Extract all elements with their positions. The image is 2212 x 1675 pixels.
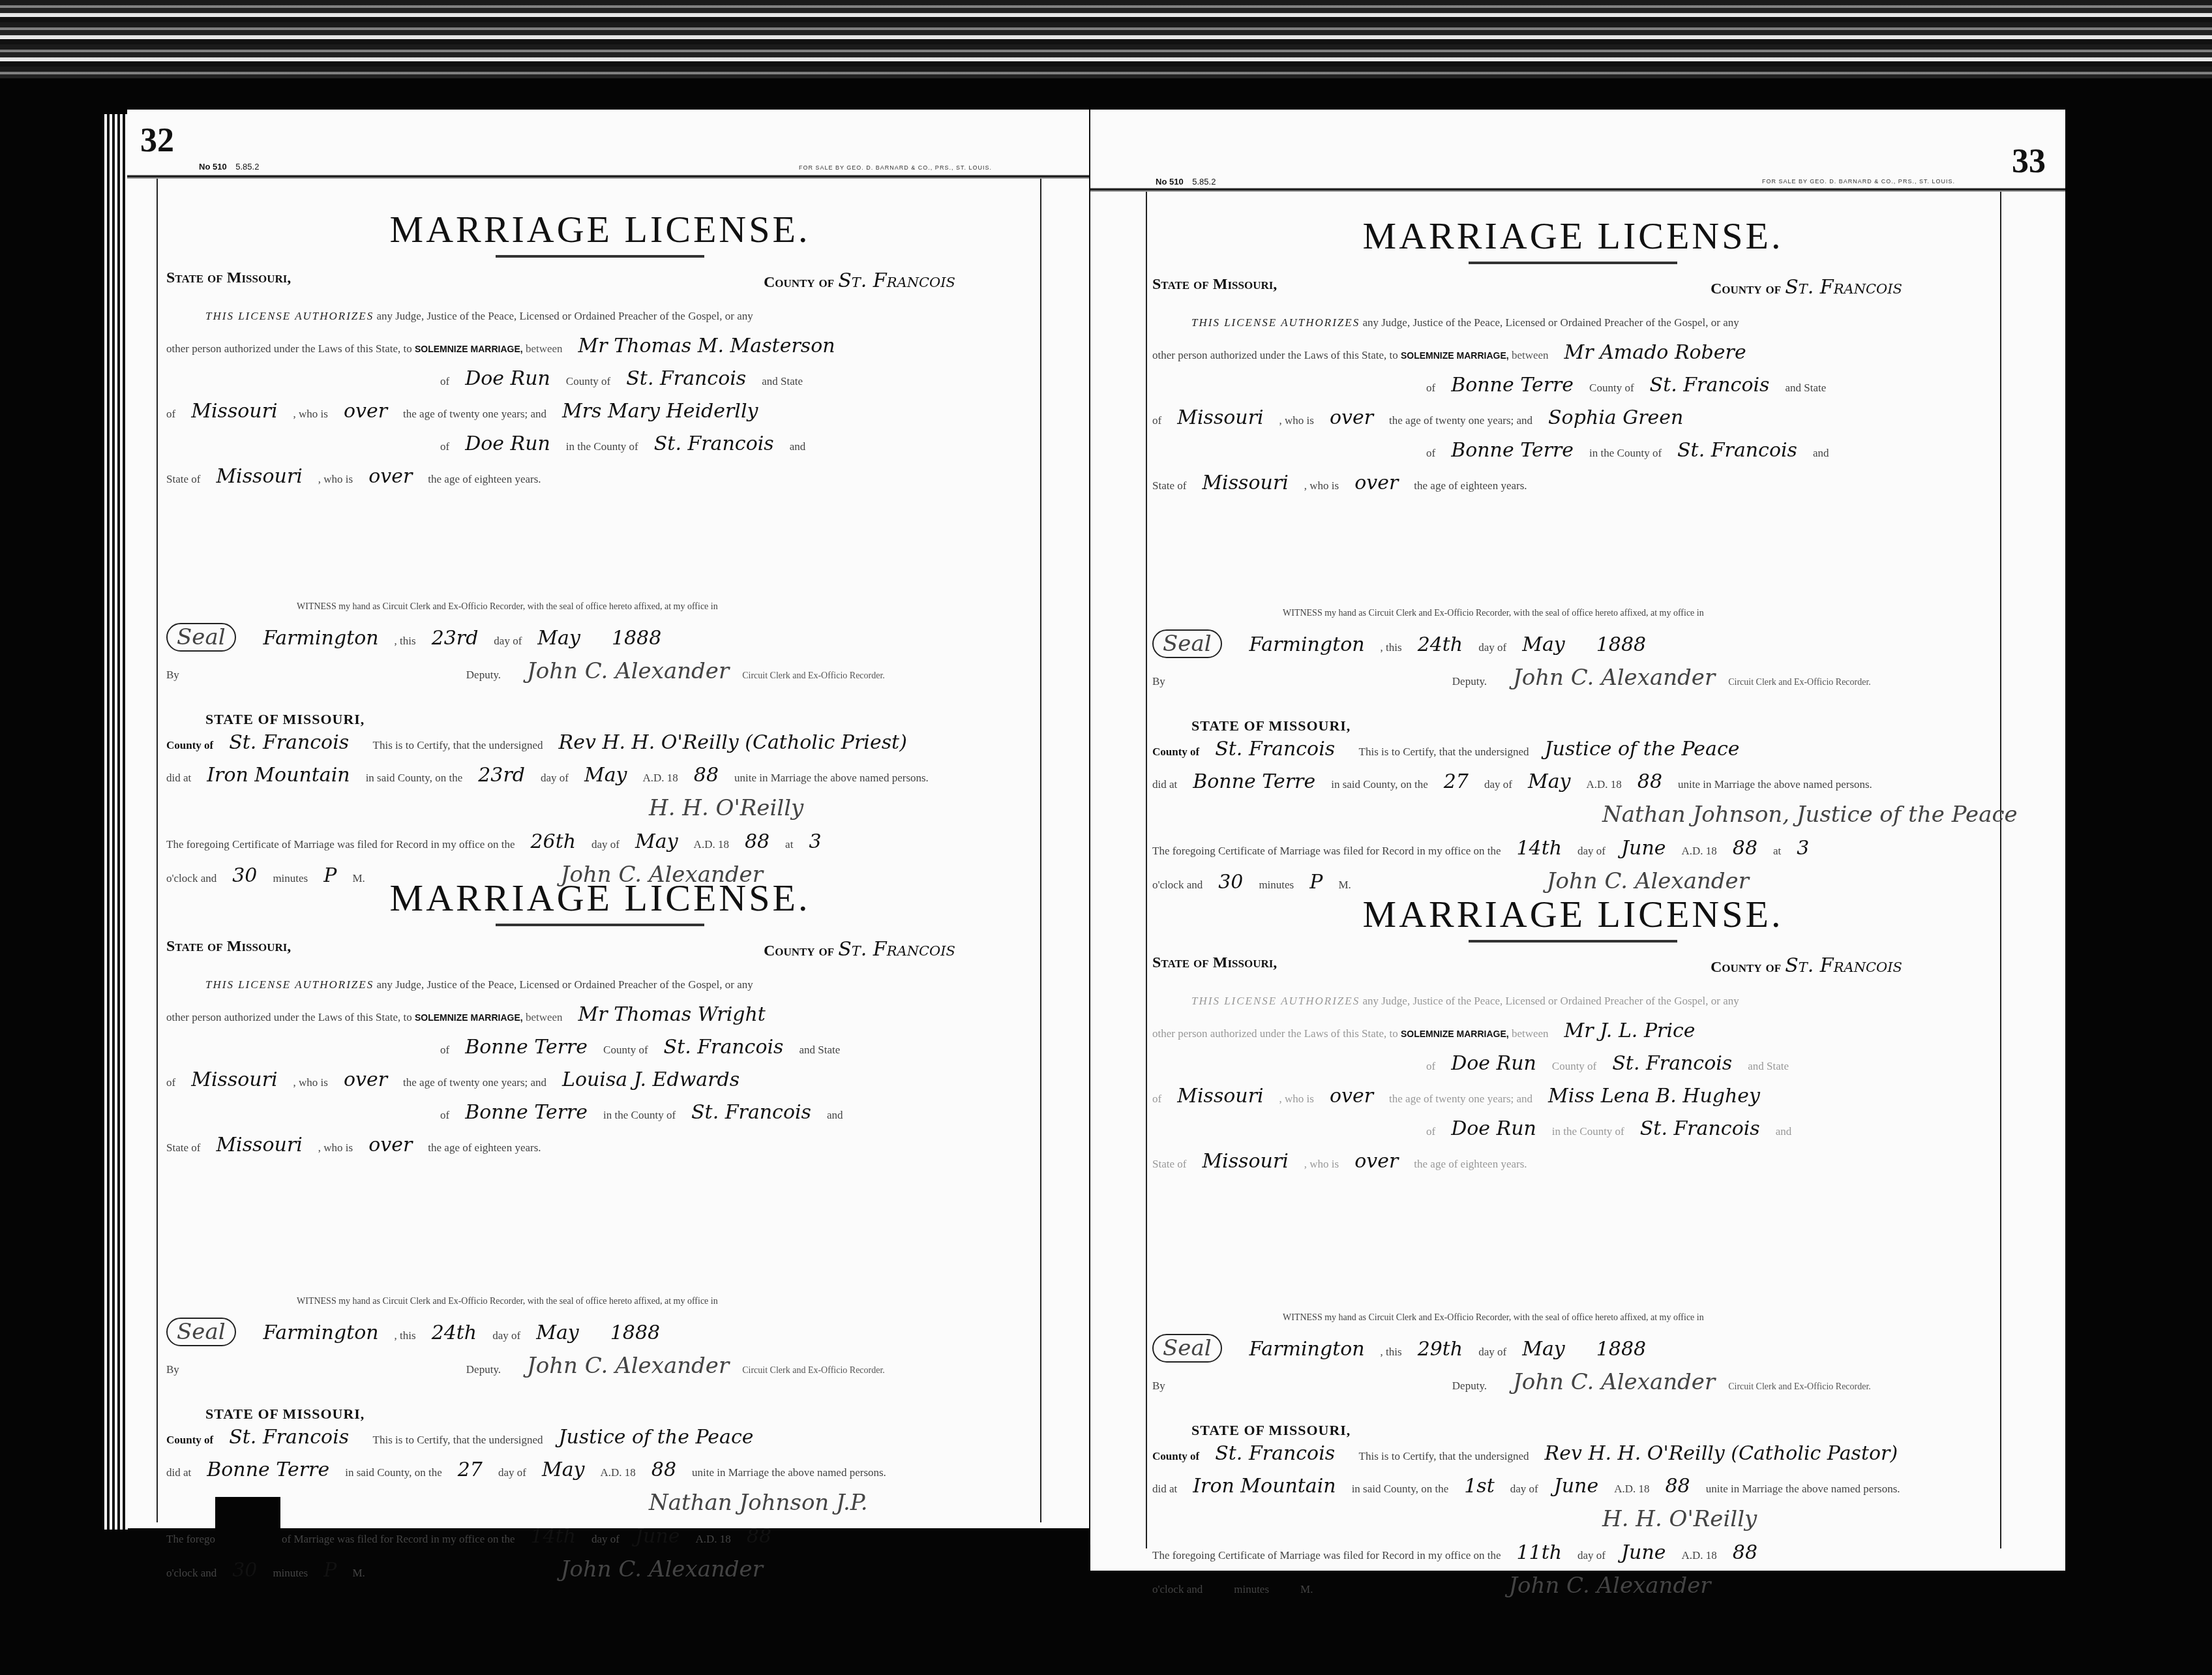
ceremony-day: 27	[1444, 770, 1469, 793]
groom-state: Missouri	[1177, 1085, 1263, 1108]
marriage-certificate: STATE OF MISSOURI, County ofSt. Francois…	[1152, 717, 1994, 900]
witness-year: 1888	[1596, 633, 1646, 656]
bride-county: St. Francois	[1640, 1117, 1760, 1140]
filed-meridian: P	[1309, 871, 1323, 894]
office-town: Farmington	[1249, 1338, 1365, 1361]
authorizes-text: any Judge, Justice of the Peace, License…	[1362, 995, 1739, 1007]
recorder-signature: John C. Alexander	[561, 1556, 763, 1582]
office-town: Farmington	[1249, 633, 1365, 656]
title-rule	[1469, 940, 1677, 943]
witness-month: May	[1522, 1338, 1565, 1361]
officiant-signature: Nathan Johnson, Justice of the Peace	[1602, 802, 2018, 828]
officiant: Rev H. H. O'Reilly (Catholic Priest)	[559, 731, 907, 754]
groom-residence: Doe Run	[465, 367, 550, 390]
marriage-certificate: STATE OF MISSOURI, County ofSt. Francois…	[1152, 1422, 1994, 1605]
witness-year: 1888	[610, 1321, 660, 1344]
filed-year: 88	[747, 1525, 771, 1548]
state-label: State of Missouri,	[166, 938, 291, 961]
bride-state: Missouri	[1202, 1150, 1288, 1173]
authorized-text: other person authorized under the Laws o…	[166, 1011, 412, 1023]
by-label: By	[1152, 1380, 1165, 1392]
county-label: County of	[1711, 280, 1781, 297]
witness-year: 1888	[612, 627, 661, 650]
bride-age: over	[368, 465, 412, 488]
ceremony-year: 88	[1666, 1475, 1690, 1498]
seal-mark: Seal	[166, 1318, 236, 1346]
bride-residence: Bonne Terre	[1451, 439, 1574, 462]
ceremony-month: May	[584, 764, 627, 787]
certificate-county: St. Francois	[229, 1426, 349, 1449]
between-label: between	[1512, 349, 1549, 361]
groom-name: Mr Thomas Wright	[578, 1003, 766, 1026]
ceremony-place: Iron Mountain	[207, 764, 350, 787]
form-number: No 510 5.85.2	[199, 162, 259, 172]
title-rule	[496, 255, 704, 258]
witness-day: 23rd	[432, 627, 479, 650]
age18-text: the age of eighteen years.	[1414, 1158, 1527, 1170]
age21-text: the age of twenty one years; and	[403, 408, 546, 420]
solemnize-label: SOLEMNIZE MARRIAGE,	[415, 344, 523, 354]
witness-text: WITNESS my hand as Circuit Clerk and Ex-…	[166, 592, 1034, 622]
clerk-title: Circuit Clerk and Ex-Officio Recorder.	[742, 671, 885, 681]
clerk-signature: John C. Alexander	[527, 658, 729, 684]
ceremony-month: May	[542, 1458, 585, 1481]
recorder-signature: John C. Alexander	[1508, 1573, 1711, 1599]
officiant-signature: H. H. O'Reilly	[649, 795, 803, 821]
between-label: between	[526, 342, 563, 355]
county-value: St. Francois	[1785, 954, 1902, 977]
officiant: Rev H. H. O'Reilly (Catholic Pastor)	[1545, 1442, 1898, 1465]
groom-age: over	[344, 1068, 387, 1091]
authorizes-lead: THIS LICENSE AUTHORIZES	[205, 978, 374, 991]
certificate-county: St. Francois	[1215, 738, 1335, 761]
filed-day: 11th	[1517, 1541, 1562, 1564]
groom-state: Missouri	[191, 1068, 277, 1091]
page-tab-shadow	[215, 1497, 280, 1556]
certificate-heading: STATE OF MISSOURI,	[205, 1406, 1034, 1423]
ceremony-year: 88	[1637, 770, 1662, 793]
solemnize-label: SOLEMNIZE MARRIAGE,	[415, 1012, 523, 1023]
ledger-page-left: 32 No 510 5.85.2 FOR SALE BY GEO. D. BAR…	[127, 110, 1092, 1528]
authorizes-text: any Judge, Justice of the Peace, License…	[376, 978, 753, 991]
seal-mark: Seal	[1152, 1334, 1222, 1363]
bride-name: Sophia Green	[1548, 406, 1683, 429]
ceremony-place: Iron Mountain	[1193, 1475, 1336, 1498]
groom-name: Mr J. L. Price	[1564, 1019, 1696, 1042]
groom-state: Missouri	[191, 400, 277, 423]
groom-state: Missouri	[1177, 406, 1263, 429]
margin-line	[157, 179, 158, 1522]
witness-day: 24th	[1418, 633, 1463, 656]
witness-year: 1888	[1596, 1338, 1646, 1361]
license-title: MARRIAGE LICENSE.	[166, 207, 1034, 251]
filed-year: 88	[1733, 837, 1757, 860]
groom-residence: Bonne Terre	[465, 1036, 588, 1059]
bride-name: Louisa J. Edwards	[562, 1068, 740, 1091]
marriage-license: MARRIAGE LICENSE. State of Missouri, Cou…	[166, 207, 1034, 894]
authorizes-lead: THIS LICENSE AUTHORIZES	[205, 310, 374, 322]
witness-day: 24th	[432, 1321, 477, 1344]
filed-meridian: P	[323, 1559, 336, 1582]
bride-residence: Bonne Terre	[465, 1101, 588, 1124]
solemnize-label: SOLEMNIZE MARRIAGE,	[1401, 350, 1509, 361]
ledger-page-right: 33 No 510 5.85.2 FOR SALE BY GEO. D. BAR…	[1090, 110, 2065, 1571]
certificate-heading: STATE OF MISSOURI,	[205, 711, 1034, 728]
deputy-label: Deputy.	[1452, 1380, 1487, 1392]
bride-state: Missouri	[216, 465, 302, 488]
age18-text: the age of eighteen years.	[1414, 479, 1527, 492]
bride-residence: Doe Run	[465, 432, 550, 455]
seal-mark: Seal	[1152, 629, 1222, 658]
filed-minutes: 30	[1218, 871, 1243, 894]
license-title: MARRIAGE LICENSE.	[1152, 892, 1994, 936]
office-town: Farmington	[263, 1321, 379, 1344]
filed-day: 14th	[1517, 837, 1562, 860]
clerk-signature: John C. Alexander	[1513, 665, 1715, 691]
by-label: By	[166, 669, 179, 681]
filed-day: 26th	[531, 830, 576, 853]
by-label: By	[166, 1363, 179, 1376]
county-value: St. Francois	[838, 938, 955, 961]
ceremony-place: Bonne Terre	[1193, 770, 1315, 793]
officiant-signature: Nathan Johnson J.P.	[649, 1490, 868, 1516]
filed-month: June	[1621, 837, 1666, 860]
bride-name: Miss Lena B. Hughey	[1548, 1085, 1760, 1108]
clerk-signature: John C. Alexander	[1513, 1369, 1715, 1395]
witness-month: May	[1522, 633, 1565, 656]
by-label: By	[1152, 675, 1165, 687]
marriage-certificate: STATE OF MISSOURI, County ofSt. Francois…	[166, 1406, 1034, 1588]
groom-residence: Bonne Terre	[1451, 374, 1574, 397]
officiant-signature: H. H. O'Reilly	[1602, 1506, 1757, 1532]
county-value: St. Francois	[1785, 276, 1902, 299]
bride-county: St. Francois	[654, 432, 774, 455]
ceremony-month: June	[1554, 1475, 1598, 1498]
bride-county: St. Francois	[1677, 439, 1797, 462]
filed-month: May	[635, 830, 678, 853]
between-label: between	[1512, 1027, 1549, 1040]
filed-month: June	[635, 1525, 680, 1548]
ceremony-year: 88	[651, 1458, 676, 1481]
margin-line	[2000, 192, 2001, 1548]
witness-month: May	[536, 1321, 579, 1344]
ceremony-year: 88	[694, 764, 719, 787]
ceremony-day: 27	[458, 1458, 483, 1481]
bride-age: over	[1354, 472, 1398, 494]
certificate-county: St. Francois	[229, 731, 349, 754]
clerk-title: Circuit Clerk and Ex-Officio Recorder.	[742, 1366, 885, 1376]
authorizes-lead: THIS LICENSE AUTHORIZES	[1191, 316, 1360, 329]
filed-year: 88	[1733, 1541, 1757, 1564]
groom-county: St. Francois	[626, 367, 746, 390]
officiant: Justice of the Peace	[1545, 738, 1740, 761]
margin-line	[1146, 192, 1147, 1548]
state-label: State of Missouri,	[166, 269, 291, 292]
office-town: Farmington	[263, 627, 379, 650]
ceremony-day: 23rd	[478, 764, 525, 787]
age18-text: the age of eighteen years.	[428, 473, 541, 485]
form-number: No 510 5.85.2	[1156, 177, 1216, 187]
bride-name: Mrs Mary Heiderlly	[562, 400, 758, 423]
groom-residence: Doe Run	[1451, 1052, 1536, 1075]
certificate-county: St. Francois	[1215, 1442, 1335, 1465]
marriage-license: MARRIAGE LICENSE. State of Missouri, Cou…	[166, 876, 1034, 1588]
county-label: County of	[1711, 959, 1781, 976]
ceremony-day: 1st	[1464, 1475, 1495, 1498]
witness-day: 29th	[1418, 1338, 1463, 1361]
bride-state: Missouri	[1202, 472, 1288, 494]
witness-text: WITNESS my hand as Circuit Clerk and Ex-…	[1152, 599, 1994, 629]
groom-name: Mr Thomas M. Masterson	[578, 335, 835, 357]
title-rule	[496, 924, 704, 926]
bride-residence: Doe Run	[1451, 1117, 1536, 1140]
license-title: MARRIAGE LICENSE.	[1152, 214, 1994, 258]
age18-text: the age of eighteen years.	[428, 1141, 541, 1154]
authorizes-lead: THIS LICENSE AUTHORIZES	[1191, 995, 1360, 1007]
county-label: County of	[764, 943, 834, 959]
recorder-signature: John C. Alexander	[1547, 868, 1749, 894]
book-page-edges	[104, 114, 130, 1530]
certificate-heading: STATE OF MISSOURI,	[1191, 717, 1994, 734]
witness-text: WITNESS my hand as Circuit Clerk and Ex-…	[166, 1287, 1034, 1317]
authorized-text: other person authorized under the Laws o…	[1152, 349, 1398, 361]
bride-age: over	[368, 1134, 412, 1156]
solemnize-label: SOLEMNIZE MARRIAGE,	[1401, 1029, 1509, 1039]
officiant: Justice of the Peace	[559, 1426, 754, 1449]
license-title: MARRIAGE LICENSE.	[166, 876, 1034, 920]
authorized-text: other person authorized under the Laws o…	[166, 342, 412, 355]
bride-age: over	[1354, 1150, 1398, 1173]
margin-line	[1040, 179, 1041, 1522]
clerk-title: Circuit Clerk and Ex-Officio Recorder.	[1728, 678, 1871, 687]
groom-age: over	[1330, 1085, 1373, 1108]
witness-month: May	[537, 627, 580, 650]
groom-county: St. Francois	[664, 1036, 784, 1059]
header-rule	[127, 175, 1092, 179]
county-value: St. Francois	[838, 269, 955, 292]
marriage-certificate: STATE OF MISSOURI, County ofSt. Francois…	[166, 711, 1034, 894]
bride-state: Missouri	[216, 1134, 302, 1156]
county-label: County of	[764, 274, 834, 291]
groom-county: St. Francois	[1650, 374, 1770, 397]
marriage-license: MARRIAGE LICENSE. State of Missouri, Cou…	[1152, 214, 1994, 900]
groom-county: St. Francois	[1612, 1052, 1732, 1075]
page-number: 33	[2012, 142, 2046, 181]
age21-text: the age of twenty one years; and	[1389, 1093, 1532, 1105]
printer-imprint: FOR SALE BY GEO. D. BARNARD & CO., PRS.,…	[799, 164, 992, 171]
authorized-text: other person authorized under the Laws o…	[1152, 1027, 1398, 1040]
header-rule	[1090, 188, 2065, 192]
between-label: between	[526, 1011, 563, 1023]
groom-age: over	[1330, 406, 1373, 429]
certificate-heading: STATE OF MISSOURI,	[1191, 1422, 1994, 1439]
printer-imprint: FOR SALE BY GEO. D. BARNARD & CO., PRS.,…	[1762, 178, 1955, 185]
title-rule	[1469, 262, 1677, 264]
deputy-label: Deputy.	[1452, 675, 1487, 687]
filed-month: June	[1621, 1541, 1666, 1564]
deputy-label: Deputy.	[466, 1363, 501, 1376]
deputy-label: Deputy.	[466, 669, 501, 681]
ceremony-place: Bonne Terre	[207, 1458, 329, 1481]
state-label: State of Missouri,	[1152, 276, 1277, 299]
clerk-title: Circuit Clerk and Ex-Officio Recorder.	[1728, 1382, 1871, 1392]
age21-text: the age of twenty one years; and	[1389, 414, 1532, 427]
filed-year: 88	[745, 830, 770, 853]
witness-text: WITNESS my hand as Circuit Clerk and Ex-…	[1152, 1303, 1994, 1333]
ceremony-month: May	[1528, 770, 1571, 793]
filed-minutes: 30	[232, 1559, 257, 1582]
filed-hour: 3	[809, 830, 821, 853]
scanner-edge-band	[0, 0, 2212, 78]
authorizes-text: any Judge, Justice of the Peace, License…	[376, 310, 753, 322]
age21-text: the age of twenty one years; and	[403, 1076, 546, 1089]
page-number: 32	[140, 121, 174, 160]
state-label: State of Missouri,	[1152, 954, 1277, 977]
clerk-signature: John C. Alexander	[527, 1353, 729, 1379]
seal-mark: Seal	[166, 623, 236, 652]
filed-hour: 3	[1797, 837, 1809, 860]
bride-county: St. Francois	[691, 1101, 811, 1124]
groom-age: over	[344, 400, 387, 423]
groom-name: Mr Amado Robere	[1564, 341, 1746, 364]
marriage-license: MARRIAGE LICENSE. State of Missouri, Cou…	[1152, 892, 1994, 1605]
filed-day: 14th	[531, 1525, 576, 1548]
authorizes-text: any Judge, Justice of the Peace, License…	[1362, 316, 1739, 329]
